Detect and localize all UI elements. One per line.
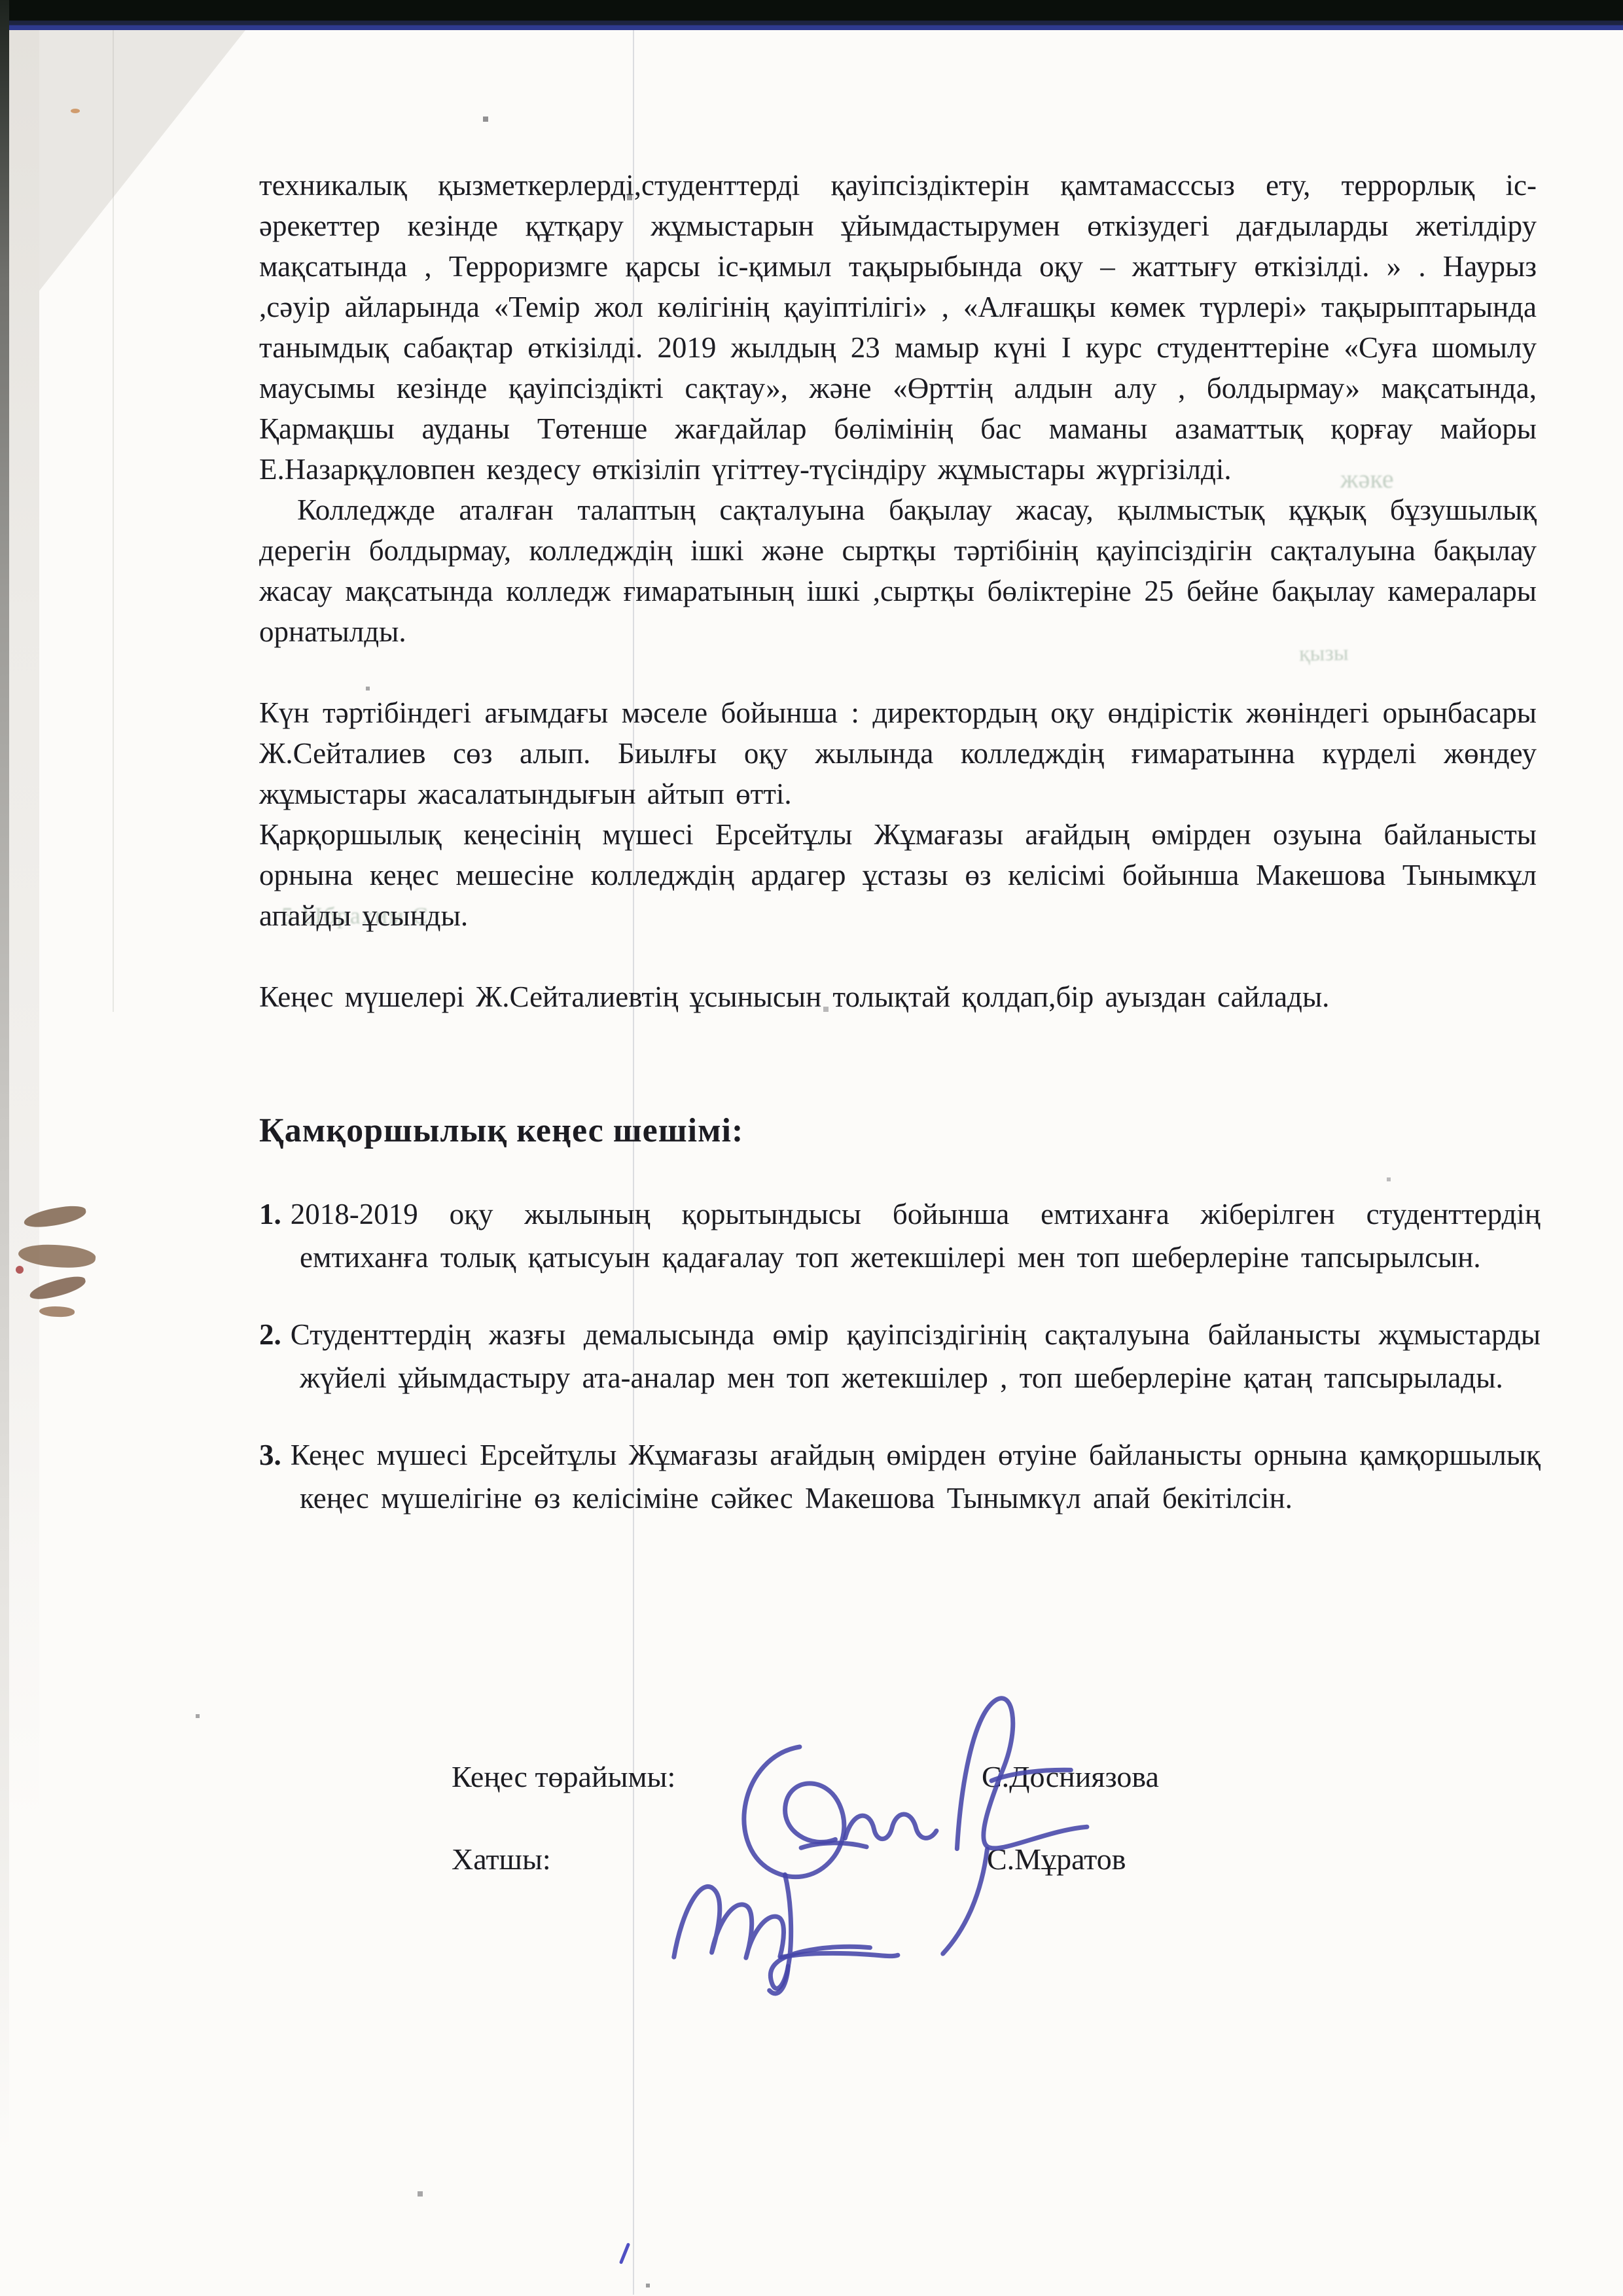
paper-margin-crease [113, 30, 114, 1012]
decision-item-2: 2.Студенттердің жазғы демалысында өмір қ… [259, 1313, 1541, 1399]
red-ink-speck [16, 1266, 24, 1274]
scan-left-margin-shade [9, 30, 39, 1830]
paragraph-agenda: Күн тәртібіндегі ағымдағы мәселе бойынша… [259, 692, 1537, 814]
item-number: 1. [259, 1198, 291, 1230]
scanned-document-page: жәке 5.Ыбрахим С қызы техникалық қызметк… [0, 0, 1623, 2296]
decision-item-3: 3.Кеңес мүшесі Ерсейтұлы Жұмағазы ағайды… [259, 1433, 1541, 1520]
ink-smudge [39, 1305, 75, 1318]
decision-heading: Қамқоршылық кеңес шешімі: [259, 1111, 743, 1150]
decision-item-1: 1.2018-2019 оқу жылының қорытындысы бойы… [259, 1193, 1541, 1279]
blue-pen-mark [619, 2242, 630, 2264]
paragraph-safety-training: техникалық қызметкерлерді,студенттерді қ… [259, 165, 1537, 490]
item-text: Студенттердің жазғы демалысында өмір қау… [291, 1318, 1541, 1394]
paragraph-cctv: Колледжде аталған талаптың сақталуына ба… [259, 490, 1537, 652]
item-number: 3. [259, 1439, 291, 1471]
chair-signature-label: Кеңес төрайымы: [452, 1759, 675, 1794]
secretary-signature-label: Хатшы: [452, 1842, 551, 1876]
folded-corner-shadow [0, 30, 288, 312]
item-text: Кеңес мүшесі Ерсейтұлы Жұмағазы ағайдың … [291, 1439, 1541, 1515]
orange-speck [71, 109, 80, 113]
secretary-handwritten-signature [648, 1797, 930, 2009]
paragraph-member-replacement: Қарқоршылық кеңесінің мүшесі Ерсейтұлы Ж… [259, 814, 1537, 936]
scan-top-edge-shadow [0, 0, 1623, 30]
item-text: 2018-2019 оқу жылының қорытындысы бойынш… [291, 1198, 1541, 1274]
document-body: техникалық қызметкерлерді,студенттерді қ… [259, 165, 1537, 1017]
scan-left-edge-shadow [0, 0, 9, 2160]
paragraph-vote: Кеңес мүшелері Ж.Сейталиевтің ұсынысын т… [259, 977, 1537, 1017]
dust-specks [0, 0, 3, 3]
item-number: 2. [259, 1318, 291, 1351]
decision-list: 1.2018-2019 оқу жылының қорытындысы бойы… [259, 1193, 1541, 1554]
